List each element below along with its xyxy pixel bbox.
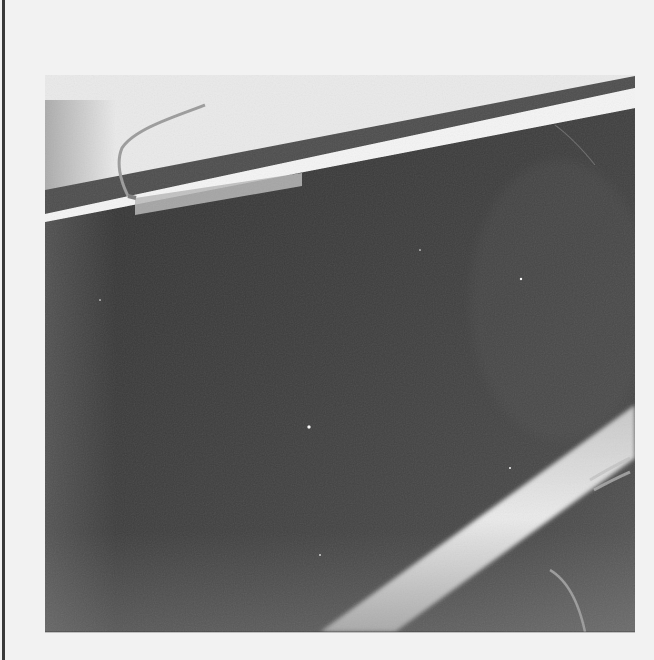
scan-edge bbox=[2, 0, 5, 660]
scanned-photograph bbox=[0, 0, 654, 660]
photo-area bbox=[45, 0, 650, 640]
